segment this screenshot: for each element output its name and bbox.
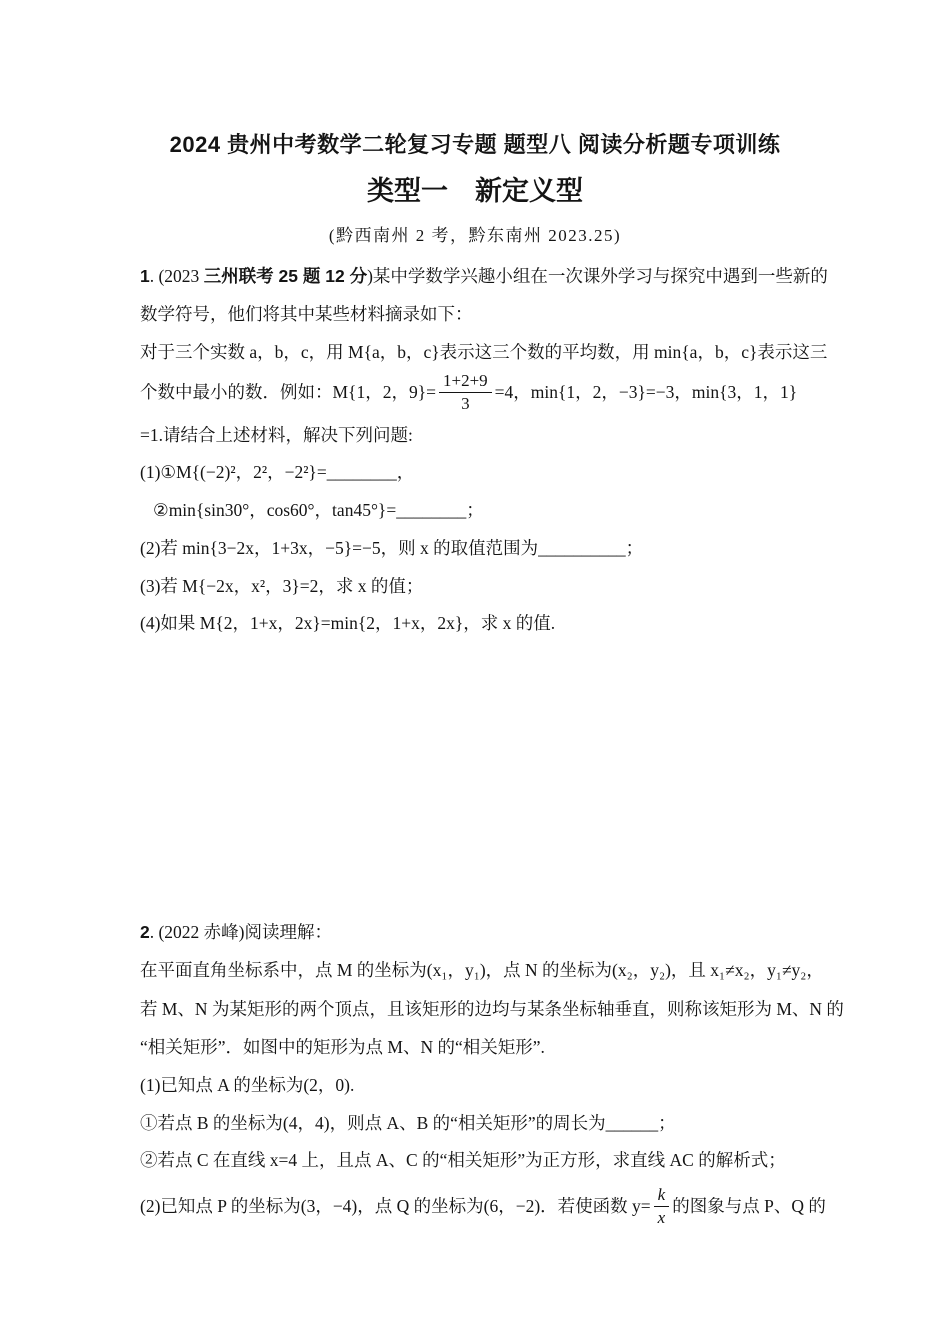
problem1-example-line: 个数中最小的数．例如：M{1，2，9}=1+2+93=4，min{1，2，−3}… <box>140 366 797 418</box>
problem1-question3: (3)若 M{−2x，x²，3}=2，求 x 的值； <box>140 575 423 597</box>
problem2-body-line3: “相关矩形”．如图中的矩形为点 M、N 的“相关矩形”. <box>140 1036 545 1058</box>
document-page: 2024 贵州中考数学二轮复习专题 题型八 阅读分析题专项训练 类型一 新定义型… <box>0 0 950 1344</box>
problem1-example-post: =4，min{1，2，−3}=−3，min{3，1，1} <box>495 381 798 403</box>
problem1-source-tag: 三州联考 25 题 12 分 <box>204 266 367 286</box>
problem2-question2-pre: (2)已知点 P 的坐标为(3，−4)，点 Q 的坐标为(6，−2)．若使函数 … <box>140 1195 651 1217</box>
source-note: (黔西南州 2 考，黔东南州 2023.25) <box>0 221 950 246</box>
problem2-body-line1: 在平面直角坐标系中，点 M 的坐标为(x₁，y₁)，点 N 的坐标为(x₂，y₂… <box>140 959 824 981</box>
fraction-numerator: k <box>654 1185 670 1207</box>
problem2-body-line2: 若 M、N 为某矩形的两个顶点，且该矩形的边均与某条坐标轴垂直，则称该矩形为 M… <box>140 998 844 1020</box>
fraction: kx <box>654 1185 670 1227</box>
problem2-question1-intro: (1)已知点 A 的坐标为(2，0). <box>140 1074 354 1096</box>
problem2-number: 2 <box>140 922 150 942</box>
problem1-intro-rest: )某中学数学兴趣小组在一次课外学习与探究中遇到一些新的 <box>367 266 828 286</box>
problem2-question1a: ①若点 B 的坐标为(4，4)，则点 A、B 的“相关矩形”的周长为______… <box>140 1112 676 1134</box>
section-title: 类型一 新定义型 <box>0 169 950 208</box>
problem2-question2-post: 的图象与点 P、Q 的 <box>672 1195 826 1217</box>
problem1-intro-line1: 1. (2023 三州联考 25 题 12 分)某中学数学兴趣小组在一次课外学习… <box>140 265 828 287</box>
problem1-number: 1 <box>140 266 150 286</box>
page-title: 2024 贵州中考数学二轮复习专题 题型八 阅读分析题专项训练 <box>0 128 950 159</box>
problem1-intro-line2: 数学符号，他们将其中某些材料摘录如下： <box>140 303 473 325</box>
fraction-denominator: x <box>658 1207 666 1228</box>
problem1-material-line: 对于三个实数 a，b，c，用 M{a，b，c}表示这三个数的平均数，用 min{… <box>140 341 827 363</box>
fraction-numerator: 1+2+9 <box>439 371 492 393</box>
problem1-question1a: (1)①M{(−2)²，2²，−2²}=________， <box>140 461 414 483</box>
problem1-intro-pre: . (2023 <box>150 266 204 286</box>
problem2-header: 2. (2022 赤峰)阅读理解： <box>140 921 332 943</box>
fraction-denominator: 3 <box>461 393 470 414</box>
problem2-question1b: ②若点 C 在直线 x=4 上，且点 A、C 的“相关矩形”为正方形，求直线 A… <box>140 1149 786 1171</box>
fraction: 1+2+93 <box>439 371 492 413</box>
problem1-question4: (4)如果 M{2，1+x，2x}=min{2，1+x，2x}，求 x 的值. <box>140 612 555 634</box>
problem1-question2: (2)若 min{3−2x，1+3x，−5}=−5，则 x 的取值范围为____… <box>140 537 643 559</box>
problem1-example-pre: 个数中最小的数．例如：M{1，2，9}= <box>140 381 436 403</box>
problem1-question1b: ②min{sin30°，cos60°，tan45°}=________； <box>153 499 484 521</box>
problem1-example-cont: =1.请结合上述材料，解决下列问题: <box>140 424 413 446</box>
problem2-question2: (2)已知点 P 的坐标为(3，−4)，点 Q 的坐标为(6，−2)．若使函数 … <box>140 1178 826 1234</box>
problem2-header-rest: . (2022 赤峰)阅读理解： <box>150 922 332 942</box>
